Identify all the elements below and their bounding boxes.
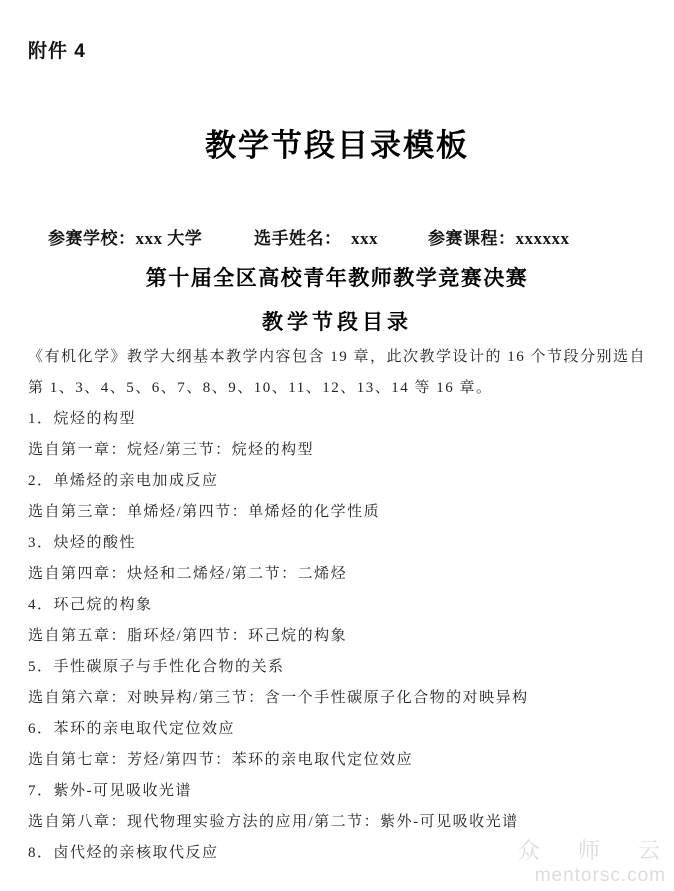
segment-item: 4．环己烷的构象 选自第五章：脂环烃/第四节：环己烷的构象 bbox=[28, 590, 650, 652]
catalog-heading: 教学节段目录 bbox=[0, 306, 674, 336]
segment-item: 7．紫外-可见吸收光谱 选自第八章：现代物理实验方法的应用/第二节：紫外-可见吸… bbox=[28, 776, 650, 838]
segment-title: 3．炔烃的酸性 bbox=[28, 528, 650, 559]
segment-source: 选自第一章：烷烃/第三节：烷烃的构型 bbox=[28, 435, 650, 466]
segment-source: 选自第八章：现代物理实验方法的应用/第二节：紫外-可见吸收光谱 bbox=[28, 807, 650, 838]
segment-title: 6．苯环的亲电取代定位效应 bbox=[28, 714, 650, 745]
segment-source: 选自第三章：单烯烃/第四节：单烯烃的化学性质 bbox=[28, 497, 650, 528]
catalog-body: 《有机化学》教学大纲基本教学内容包含 19 章，此次教学设计的 16 个节段分别… bbox=[28, 342, 650, 869]
segment-item: 6．苯环的亲电取代定位效应 选自第七章：芳烃/第四节：苯环的亲电取代定位效应 bbox=[28, 714, 650, 776]
competition-heading: 第十届全区高校青年教师教学竞赛决赛 bbox=[0, 262, 674, 292]
segment-item: 2．单烯烃的亲电加成反应 选自第三章：单烯烃/第四节：单烯烃的化学性质 bbox=[28, 466, 650, 528]
segment-item: 3．炔烃的酸性 选自第四章：炔烃和二烯烃/第二节：二烯烃 bbox=[28, 528, 650, 590]
segment-title: 4．环己烷的构象 bbox=[28, 590, 650, 621]
segment-title: 5．手性碳原子与手性化合物的关系 bbox=[28, 652, 650, 683]
course-field: 参赛课程：xxxxxx bbox=[428, 224, 570, 249]
participant-info-row: 参赛学校：xxx 大学 选手姓名： xxx 参赛课程：xxxxxx bbox=[0, 224, 674, 248]
document-title: 教学节段目录模板 bbox=[0, 120, 674, 165]
watermark-url: mentorsc.com bbox=[518, 866, 666, 887]
attachment-label: 附件 4 bbox=[28, 36, 86, 63]
segment-title: 1．烷烃的构型 bbox=[28, 404, 650, 435]
intro-paragraph: 《有机化学》教学大纲基本教学内容包含 19 章，此次教学设计的 16 个节段分别… bbox=[28, 342, 650, 404]
segment-item: 1．烷烃的构型 选自第一章：烷烃/第三节：烷烃的构型 bbox=[28, 404, 650, 466]
contestant-name-field: 选手姓名： xxx bbox=[254, 224, 378, 249]
segment-source: 选自第六章：对映异构/第三节：含一个手性碳原子化合物的对映异构 bbox=[28, 683, 650, 714]
school-field: 参赛学校：xxx 大学 bbox=[48, 224, 202, 249]
watermark-brand-cn: 众 师 云 bbox=[518, 839, 674, 863]
segment-source: 选自第四章：炔烃和二烯烃/第二节：二烯烃 bbox=[28, 559, 650, 590]
watermark: 众 师 云 mentorsc.com bbox=[518, 839, 666, 887]
segment-title: 7．紫外-可见吸收光谱 bbox=[28, 776, 650, 807]
segment-item: 5．手性碳原子与手性化合物的关系 选自第六章：对映异构/第三节：含一个手性碳原子… bbox=[28, 652, 650, 714]
document-page: 附件 4 教学节段目录模板 参赛学校：xxx 大学 选手姓名： xxx 参赛课程… bbox=[0, 0, 674, 891]
segment-source: 选自第七章：芳烃/第四节：苯环的亲电取代定位效应 bbox=[28, 745, 650, 776]
segment-source: 选自第五章：脂环烃/第四节：环己烷的构象 bbox=[28, 621, 650, 652]
segment-title: 2．单烯烃的亲电加成反应 bbox=[28, 466, 650, 497]
